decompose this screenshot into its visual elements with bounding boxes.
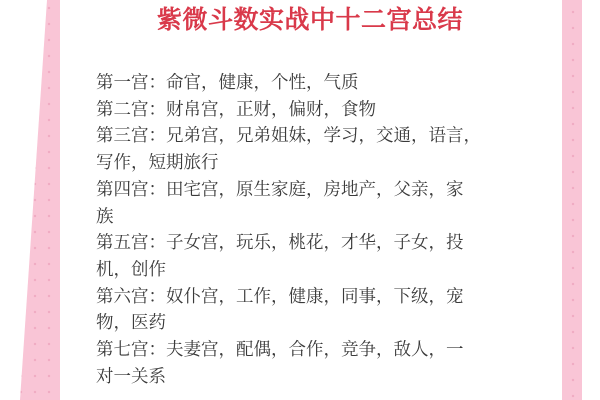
text-line-palace-6-cont: 物，医药 <box>96 310 521 337</box>
text-line-palace-7: 第七宫：夫妻宫，配偶，合作，竞争，敌人，一 <box>96 337 521 364</box>
text-line-palace-5: 第五宫：子女宫，玩乐，桃花，才华，子女，投 <box>96 230 521 257</box>
text-line-palace-3: 第三宫：兄弟宫，兄弟姐妹，学习，交通，语言， <box>96 123 521 150</box>
text-line-palace-1: 第一宫：命官，健康，个性，气质 <box>96 70 521 97</box>
text-line-palace-4: 第四宫：田宅宫，原生家庭，房地产，父亲，家 <box>96 177 521 204</box>
palace-summary-list: 第一宫：命官，健康，个性，气质 第二宫：财帛宫，正财，偏财，食物 第三宫：兄弟宫… <box>96 70 521 390</box>
page-title: 紫微斗数实战中十二宫总结 <box>70 3 550 37</box>
left-pink-border-strip <box>0 0 62 400</box>
right-pink-border-strip <box>562 0 582 400</box>
text-line-palace-3-cont: 写作，短期旅行 <box>96 150 521 177</box>
text-line-palace-5-cont: 机，创作 <box>96 257 521 284</box>
text-line-palace-2: 第二宫：财帛宫，正财，偏财，食物 <box>96 97 521 124</box>
document-page: 紫微斗数实战中十二宫总结 第一宫：命官，健康，个性，气质 第二宫：财帛宫，正财，… <box>0 0 600 400</box>
text-line-palace-7-cont: 对一关系 <box>96 364 521 391</box>
text-line-palace-6: 第六宫：奴仆宫，工作，健康，同事，下级，宠 <box>96 284 521 311</box>
text-line-palace-4-cont: 族 <box>96 204 521 231</box>
